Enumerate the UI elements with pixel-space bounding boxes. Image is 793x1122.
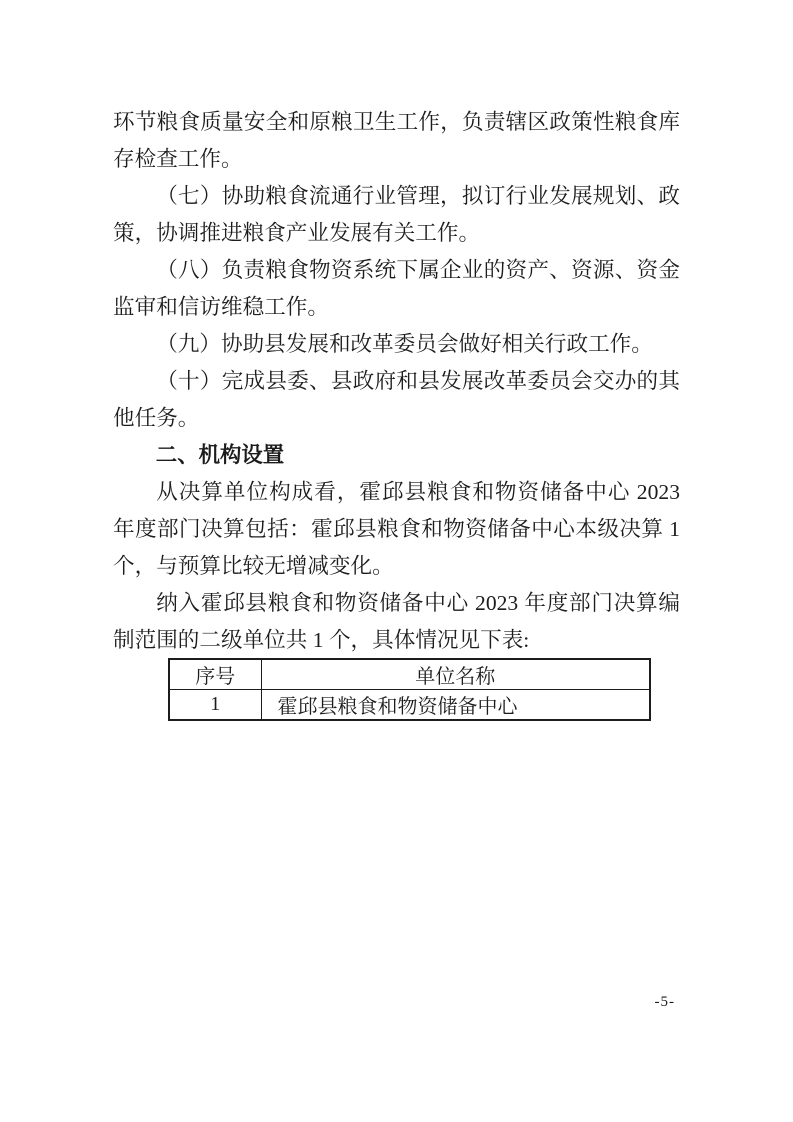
body-text-line: 年度部门决算包括：霍邱县粮食和物资储备中心本级决算 1 [113, 511, 680, 548]
column-header-serial-number: 序号 [169, 659, 261, 690]
table-row: 1 霍邱县粮食和物资储备中心 [169, 690, 650, 721]
unit-name: 霍邱县粮食和物资储备中心 [261, 690, 650, 721]
body-text-line: 个，与预算比较无增减变化。 [113, 548, 680, 585]
body-text-line: 制范围的二级单位共 1 个，具体情况见下表: [113, 622, 680, 659]
body-text-line: 环节粮食质量安全和原粮卫生工作，负责辖区政策性粮食库 [113, 104, 680, 141]
body-text-line: 监审和信访维稳工作。 [113, 289, 680, 326]
body-text-line: （十）完成县委、县政府和县发展改革委员会交办的其 [113, 363, 680, 400]
section-heading-organization-setup: 二、机构设置 [113, 437, 680, 474]
body-text-line: （八）负责粮食物资系统下属企业的资产、资源、资金 [113, 252, 680, 289]
body-text-line: 策，协调推进粮食产业发展有关工作。 [113, 215, 680, 252]
secondary-units-table: 序号 单位名称 1 霍邱县粮食和物资储备中心 [168, 658, 651, 721]
body-text-line: （七）协助粮食流通行业管理，拟订行业发展规划、政 [113, 178, 680, 215]
column-header-unit-name: 单位名称 [261, 659, 650, 690]
body-text-line: 存检查工作。 [113, 141, 680, 178]
page-number: -5- [655, 994, 676, 1011]
table-header-row: 序号 单位名称 [169, 659, 650, 690]
body-text-line: （九）协助县发展和改革委员会做好相关行政工作。 [113, 326, 680, 363]
document-page: 环节粮食质量安全和原粮卫生工作，负责辖区政策性粮食库 存检查工作。 （七）协助粮… [0, 0, 793, 1122]
unit-serial-number: 1 [169, 690, 261, 721]
body-text-line: 从决算单位构成看，霍邱县粮食和物资储备中心 2023 [113, 474, 680, 511]
body-text-block: 环节粮食质量安全和原粮卫生工作，负责辖区政策性粮食库 存检查工作。 （七）协助粮… [113, 104, 680, 659]
body-text-line: 他任务。 [113, 400, 680, 437]
body-text-line: 纳入霍邱县粮食和物资储备中心 2023 年度部门决算编 [113, 585, 680, 622]
